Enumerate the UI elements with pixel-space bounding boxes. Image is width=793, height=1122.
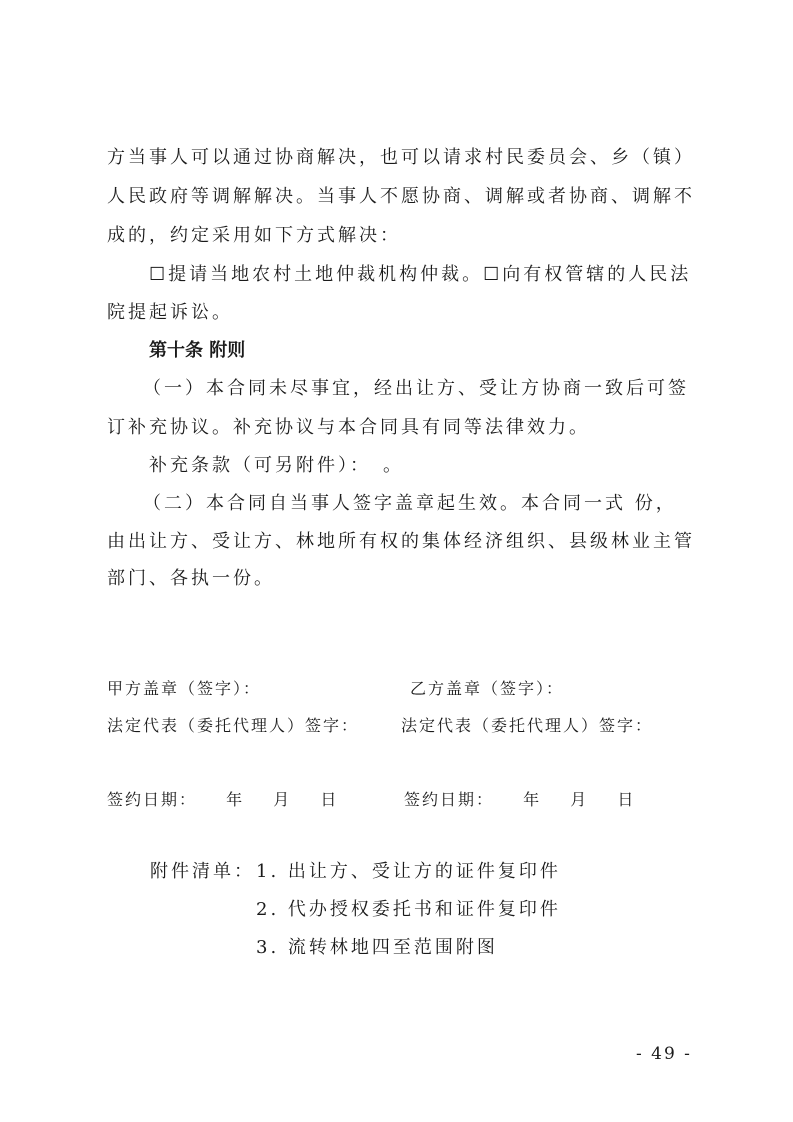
attachment-item: 3. 流转林地四至范围附图 [256,937,498,959]
party-b-rep-label: 法定代表（委托代理人）签字： [401,716,653,736]
day-label: 日 [617,790,635,810]
attachment-item: 1. 出让方、受让方的证件复印件 [256,861,561,883]
party-a-date: 签约日期： 年 月 日 [107,790,338,810]
page-number: - 49 - [636,1044,692,1064]
party-b-date: 签约日期： 年 月 日 [404,790,635,810]
month-label: 月 [273,790,291,810]
body-text-line: 成的，约定采用如下方式解决： [107,225,401,247]
dispute-resolution-options: ☐提请当地农村土地仲裁机构仲裁。☐向有权管辖的人民法 [149,264,691,286]
clause-text: （二）本合同自当事人签字盖章起生效。本合同一式 份， [143,493,677,515]
document-page: 方当事人可以通过协商解决，也可以请求村民委员会、乡（镇） 人民政府等调解解决。当… [0,0,793,1122]
article-heading: 第十条 附则 [149,340,245,362]
date-label: 签约日期： [107,790,197,809]
year-label: 年 [523,790,541,810]
clause-text: 由出让方、受让方、林地所有权的集体经济组织、县级林业主管 [107,531,695,553]
body-text-line: 人民政府等调解解决。当事人不愿协商、调解或者协商、调解不 [107,186,695,208]
clause-text: （一）本合同未尽事宜，经出让方、受让方协商一致后可签 [143,378,689,400]
day-label: 日 [320,790,338,810]
clause-text: 订补充协议。补充协议与本合同具有同等法律效力。 [107,417,590,439]
attachment-item: 2. 代办授权委托书和证件复印件 [256,899,561,921]
month-label: 月 [570,790,588,810]
party-a-seal-label: 甲方盖章（签字）： [107,679,261,699]
supplement-clause: 补充条款（可另附件）： 。 [149,455,404,477]
party-a-rep-label: 法定代表（委托代理人）签字： [107,716,359,736]
party-b-seal-label: 乙方盖章（签字）： [410,679,564,699]
clause-text: 部门、各执一份。 [107,568,275,590]
body-text-line: 院提起诉讼。 [107,302,233,324]
date-label: 签约日期： [404,790,494,809]
body-text-line: 方当事人可以通过协商解决，也可以请求村民委员会、乡（镇） [107,147,695,169]
year-label: 年 [226,790,244,810]
attachments-label: 附件清单： [150,861,255,883]
